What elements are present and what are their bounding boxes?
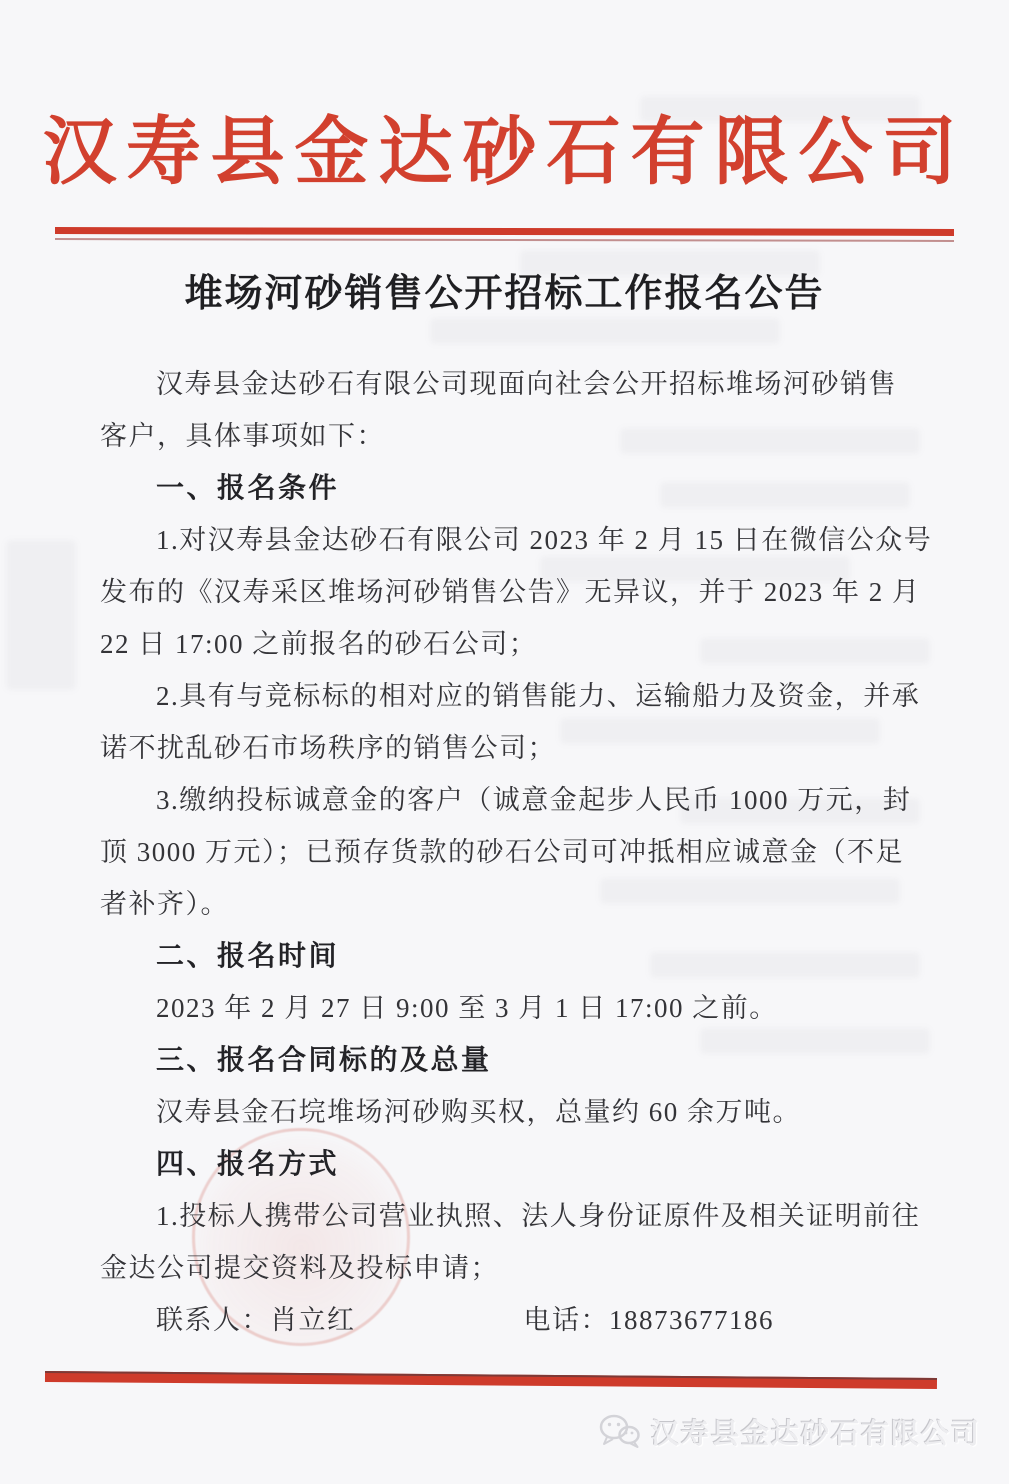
section-1-item-2-line-2: 诺不扰乱砂石市场秩序的销售公司； <box>100 722 912 774</box>
letterhead-company-name: 汉寿县金达砂石有限公司 <box>43 98 967 208</box>
bleedthrough-artifact <box>430 318 780 344</box>
contact-phone-number: 18873677186 <box>609 1305 774 1335</box>
intro-line-1: 汉寿县金达砂石有限公司现面向社会公开招标堆场河砂销售 <box>100 358 912 410</box>
contact-person-name: 肖立红 <box>270 1305 356 1335</box>
section-2-heading: 二、报名时间 <box>100 930 912 982</box>
contact-line: 联系人：肖立红 电话：18873677186 <box>100 1294 912 1346</box>
announcement-title: 堆场河砂销售公开招标工作报名公告 <box>0 262 1009 317</box>
letterhead-divider <box>55 228 954 241</box>
section-1-item-3-line-1: 3.缴纳投标诚意金的客户（诚意金起步人民币 1000 万元，封 <box>100 774 912 826</box>
section-1-item-3-line-2: 顶 3000 万元）；已预存货款的砂石公司可冲抵相应诚意金（不足 <box>100 826 912 878</box>
section-1-item-1-line-1: 1.对汉寿县金达砂石有限公司 2023 年 2 月 15 日在微信公众号 <box>100 514 912 566</box>
footer-watermark: 汉寿县金达砂石有限公司 <box>599 1412 981 1452</box>
letterhead: 汉寿县金达砂石有限公司 <box>0 98 1009 208</box>
contact-phone: 电话：18873677186 <box>524 1294 775 1346</box>
section-4-heading: 四、报名方式 <box>100 1138 912 1190</box>
section-3-content: 汉寿县金石垸堆场河砂购买权，总量约 60 余万吨。 <box>100 1086 912 1138</box>
scanned-announcement-page: 汉寿县金达砂石有限公司 堆场河砂销售公开招标工作报名公告 汉寿县金达砂石有限公司… <box>0 0 1009 1484</box>
wechat-icon <box>599 1414 641 1450</box>
bleedthrough-artifact <box>6 540 76 690</box>
announcement-body: 汉寿县金达砂石有限公司现面向社会公开招标堆场河砂销售 客户，具体事项如下： 一、… <box>100 358 912 1346</box>
intro-line-2: 客户，具体事项如下： <box>100 410 912 462</box>
section-4-item-1-line-2: 金达公司提交资料及投标申请； <box>100 1242 912 1294</box>
letterhead-divider-thin-line <box>55 238 954 242</box>
section-1-item-1-line-3: 22 日 17:00 之前报名的砂石公司； <box>100 618 912 670</box>
letterhead-divider-thick-line <box>55 227 954 236</box>
watermark-company-name: 汉寿县金达砂石有限公司 <box>651 1412 981 1452</box>
contact-person: 联系人：肖立红 <box>100 1294 356 1346</box>
footer-divider <box>45 1371 937 1389</box>
section-4-item-1-line-1: 1.投标人携带公司营业执照、法人身份证原件及相关证明前往 <box>100 1190 912 1242</box>
section-1-item-1-line-2: 发布的《汉寿采区堆场河砂销售公告》无异议，并于 2023 年 2 月 <box>100 566 912 618</box>
section-1-heading: 一、报名条件 <box>100 462 912 514</box>
section-2-content: 2023 年 2 月 27 日 9:00 至 3 月 1 日 17:00 之前。 <box>100 982 912 1034</box>
contact-person-label: 联系人： <box>156 1305 270 1335</box>
section-3-heading: 三、报名合同标的及总量 <box>100 1034 912 1086</box>
section-1-item-3-line-3: 者补齐）。 <box>100 878 912 930</box>
section-1-item-2-line-1: 2.具有与竞标标的相对应的销售能力、运输船力及资金，并承 <box>100 670 912 722</box>
contact-phone-label: 电话： <box>524 1305 610 1335</box>
